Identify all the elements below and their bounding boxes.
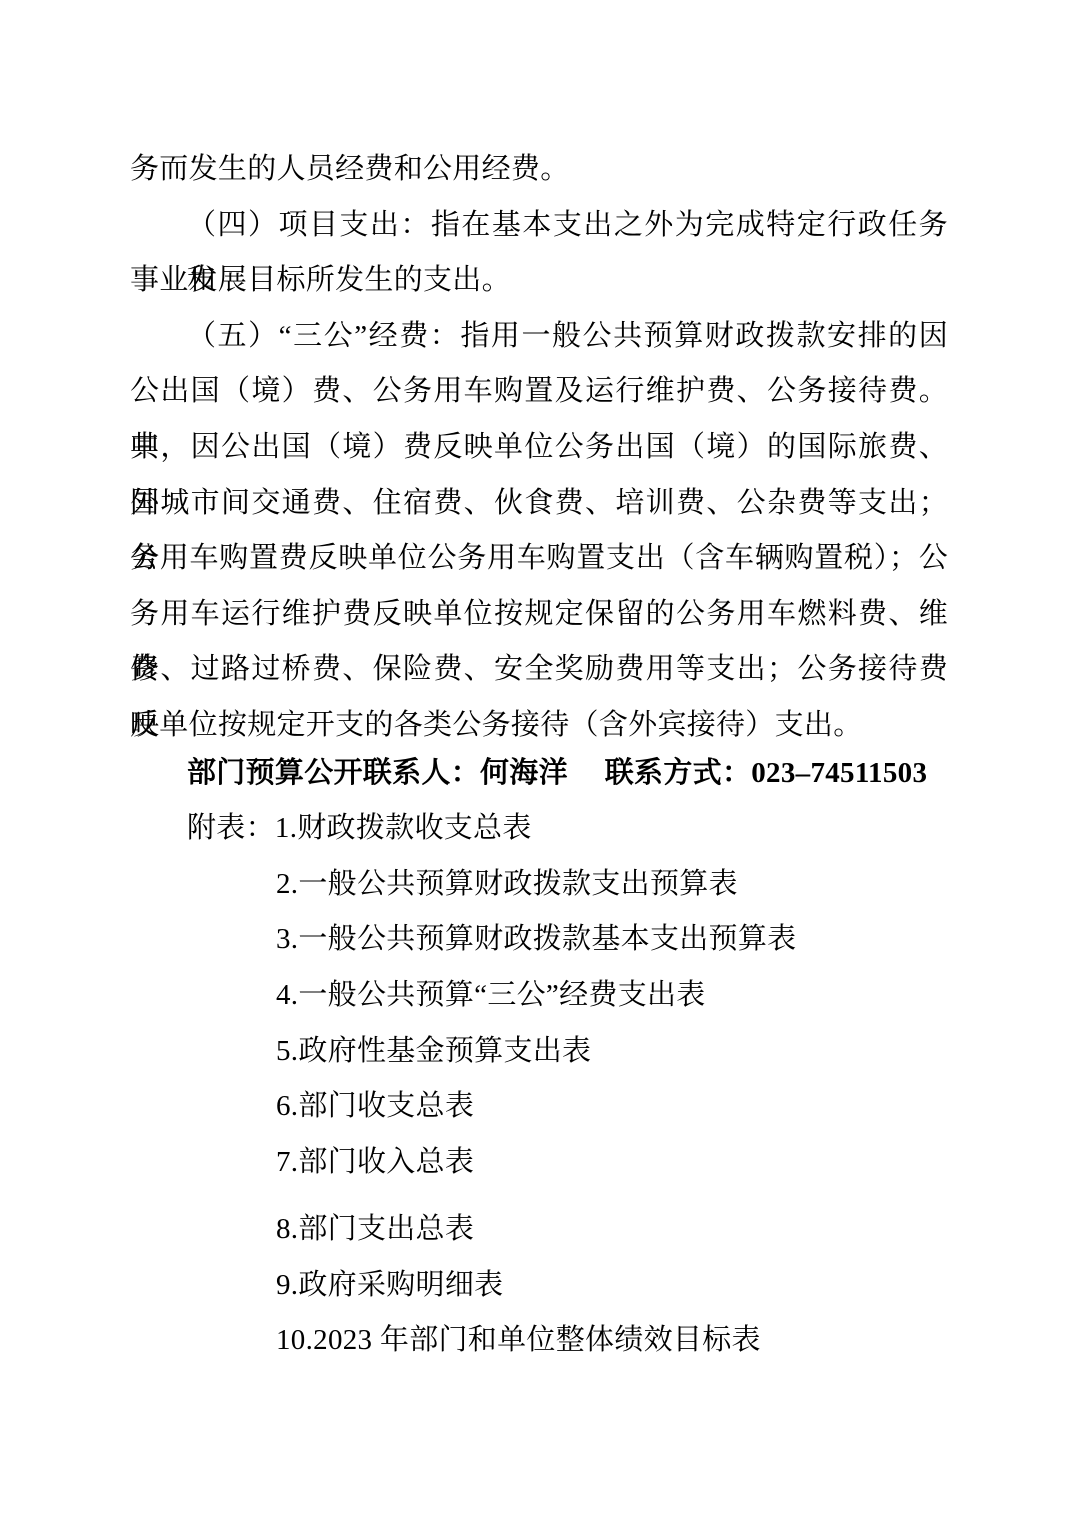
document-text-block: 务而发生的人员经费和公用经费。 （四）项目支出：指在基本支出之外为完成特定行政任… [130,142,948,1369]
appendix-item: 4.一般公共预算“三公”经费支出表 [130,968,948,1024]
paragraph-line: （四）项目支出：指在基本支出之外为完成特定行政任务和 [130,198,948,254]
paragraph-line: 外城市间交通费、住宿费、伙食费、培训费、公杂费等支出；公 [130,476,948,532]
appendix-item: 3.一般公共预算财政拨款基本支出预算表 [130,912,948,968]
paragraph-line: 公出国（境）费、公务用车购置及运行维护费、公务接待费。其 [130,364,948,420]
appendix-item: 7.部门收入总表 [130,1135,948,1191]
appendix-item: 6.部门收支总表 [130,1079,948,1135]
contact-line: 部门预算公开联系人：何海洋 联系方式：023–74511503 [130,746,948,802]
paragraph-line: 务而发生的人员经费和公用经费。 [130,142,948,198]
document-page: 务而发生的人员经费和公用经费。 （四）项目支出：指在基本支出之外为完成特定行政任… [0,0,1074,1520]
appendix-item: 2.一般公共预算财政拨款支出预算表 [130,857,948,913]
paragraph-line: 务用车购置费反映单位公务用车购置支出（含车辆购置税）；公 [130,531,948,587]
paragraph-line: 务用车运行维护费反映单位按规定保留的公务用车燃料费、维修 [130,587,948,643]
appendix-item: 5.政府性基金预算支出表 [130,1024,948,1080]
appendix-item: 8.部门支出总表 [130,1202,948,1258]
paragraph-line: 费、过路过桥费、保险费、安全奖励费用等支出；公务接待费反 [130,642,948,698]
paragraph-line: 事业发展目标所发生的支出。 [130,253,948,309]
paragraph-line: 中，因公出国（境）费反映单位公务出国（境）的国际旅费、国 [130,420,948,476]
paragraph-line: （五）“三公”经费：指用一般公共预算财政拨款安排的因 [130,309,948,365]
appendix-item: 9.政府采购明细表 [130,1258,948,1314]
appendix-item: 10.2023 年部门和单位整体绩效目标表 [130,1313,948,1369]
appendix-header: 附表：1.财政拨款收支总表 [130,801,948,857]
